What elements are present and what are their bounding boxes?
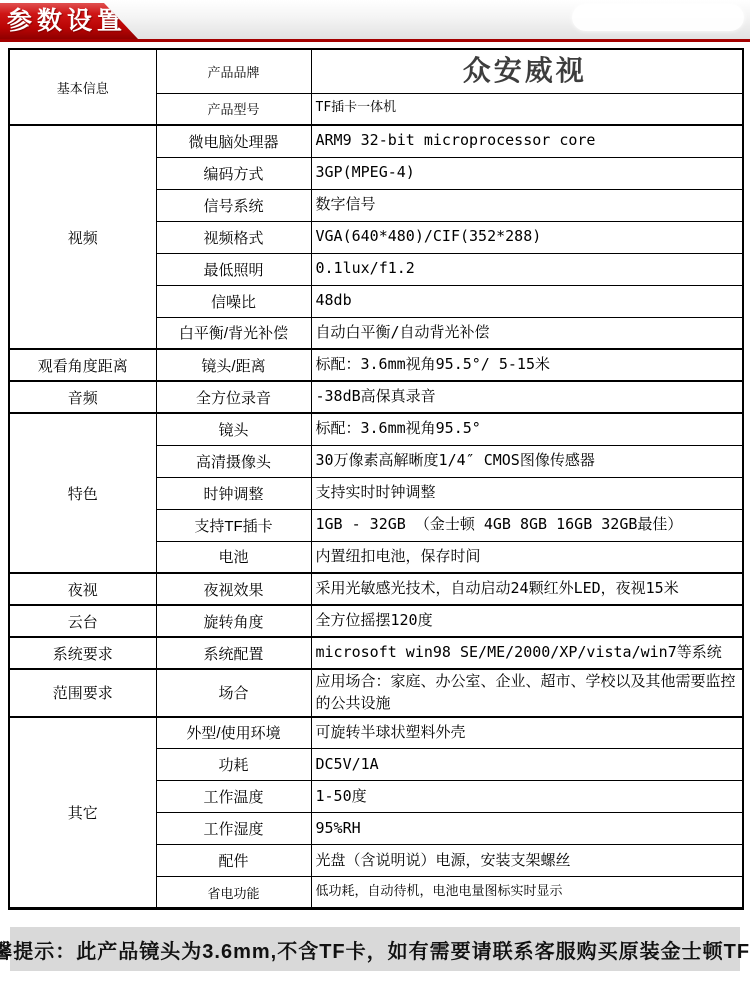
spec-param-cell: 配件 [156,845,311,877]
spec-row: 夜视夜视效果采用光敏感光技术，自动启动24颗红外LED，夜视15米 [9,573,743,605]
spec-param-cell: 产品型号 [156,93,311,125]
spec-param-cell: 省电功能 [156,877,311,909]
spec-param-cell: 高清摄像头 [156,445,311,477]
spec-category-cell: 音频 [9,381,156,413]
spec-param-cell: 外型/使用环境 [156,717,311,749]
spec-param-cell: 信噪比 [156,285,311,317]
spec-row: 特色镜头标配：3.6mm视角95.5° [9,413,743,445]
spec-param-cell: 系统配置 [156,637,311,669]
spec-value-cell: 3GP(MPEG-4) [311,157,743,189]
spec-table-container: 基本信息产品品牌众安威视产品型号TF插卡一体机视频微电脑处理器ARM9 32-b… [8,48,742,910]
spec-value-cell: 低功耗，自动待机，电池电量图标实时显示 [311,877,743,909]
spec-value-cell: 支持实时时钟调整 [311,477,743,509]
spec-param-cell: 场合 [156,669,311,717]
spec-param-cell: 支持TF插卡 [156,509,311,541]
header-highlight-shape [572,4,744,31]
spec-param-cell: 工作温度 [156,781,311,813]
spec-value-cell: ARM9 32-bit microprocessor core [311,125,743,157]
spec-param-cell: 信号系统 [156,189,311,221]
spec-row: 视频微电脑处理器ARM9 32-bit microprocessor core [9,125,743,157]
warm-tip-text: 温馨提示：此产品镜头为3.6mm,不含TF卡，如有需要请联系客服购买原装金士顿T… [0,935,750,964]
spec-value-cell: 1-50度 [311,781,743,813]
spec-row: 音频全方位录音-38dB高保真录音 [9,381,743,413]
spec-row: 其它外型/使用环境可旋转半球状塑料外壳 [9,717,743,749]
spec-value-cell: 1GB - 32GB （金士顿 4GB 8GB 16GB 32GB最佳） [311,509,743,541]
spec-param-cell: 功耗 [156,749,311,781]
spec-param-cell: 镜头/距离 [156,349,311,381]
spec-param-cell: 全方位录音 [156,381,311,413]
spec-value-cell: 48db [311,285,743,317]
spec-row: 基本信息产品品牌众安威视 [9,49,743,93]
spec-param-cell: 电池 [156,541,311,573]
spec-param-cell: 镜头 [156,413,311,445]
spec-value-cell: 全方位摇摆120度 [311,605,743,637]
spec-value-cell: 95%RH [311,813,743,845]
spec-row: 观看角度距离镜头/距离标配：3.6mm视角95.5°/ 5-15米 [9,349,743,381]
spec-value-cell: 0.1lux/f1.2 [311,253,743,285]
spec-value-cell: 数字信号 [311,189,743,221]
spec-value-cell: 标配：3.6mm视角95.5°/ 5-15米 [311,349,743,381]
warm-tip-banner: 温馨提示：此产品镜头为3.6mm,不含TF卡，如有需要请联系客服购买原装金士顿T… [10,927,740,971]
spec-row: 系统要求系统配置microsoft win98 SE/ME/2000/XP/vi… [9,637,743,669]
spec-value-cell: 标配：3.6mm视角95.5° [311,413,743,445]
spec-value-cell: VGA(640*480)/CIF(352*288) [311,221,743,253]
page-header: 参数设置 [0,0,750,42]
spec-param-cell: 时钟调整 [156,477,311,509]
spec-value-cell: 光盘（含说明说）电源，安装支架螺丝 [311,845,743,877]
spec-value-cell: TF插卡一体机 [311,93,743,125]
section-title: 参数设置 [0,3,138,39]
spec-value-cell: 采用光敏感光技术，自动启动24颗红外LED，夜视15米 [311,573,743,605]
spec-value-cell: 众安威视 [311,49,743,93]
spec-param-cell: 白平衡/背光补偿 [156,317,311,349]
spec-value-cell: 30万像素高解晰度1/4″ CMOS图像传感器 [311,445,743,477]
spec-row: 云台旋转角度全方位摇摆120度 [9,605,743,637]
spec-value-cell: -38dB高保真录音 [311,381,743,413]
spec-category-cell: 视频 [9,125,156,349]
spec-param-cell: 产品品牌 [156,49,311,93]
spec-param-cell: 夜视效果 [156,573,311,605]
spec-param-cell: 微电脑处理器 [156,125,311,157]
spec-param-cell: 最低照明 [156,253,311,285]
spec-value-cell: 可旋转半球状塑料外壳 [311,717,743,749]
spec-param-cell: 旋转角度 [156,605,311,637]
spec-category-cell: 特色 [9,413,156,573]
spec-table-body: 基本信息产品品牌众安威视产品型号TF插卡一体机视频微电脑处理器ARM9 32-b… [9,49,743,909]
spec-category-cell: 夜视 [9,573,156,605]
spec-value-cell: microsoft win98 SE/ME/2000/XP/vista/win7… [311,637,743,669]
section-title-ribbon: 参数设置 [0,3,138,39]
spec-value-cell: DC5V/1A [311,749,743,781]
spec-category-cell: 云台 [9,605,156,637]
spec-table: 基本信息产品品牌众安威视产品型号TF插卡一体机视频微电脑处理器ARM9 32-b… [8,48,744,910]
spec-value-cell: 自动白平衡/自动背光补偿 [311,317,743,349]
spec-category-cell: 观看角度距离 [9,349,156,381]
spec-row: 范围要求场合应用场合：家庭、办公室、企业、超市、学校以及其他需要监控的公共设施 [9,669,743,717]
spec-category-cell: 系统要求 [9,637,156,669]
spec-value-cell: 应用场合：家庭、办公室、企业、超市、学校以及其他需要监控的公共设施 [311,669,743,717]
spec-param-cell: 编码方式 [156,157,311,189]
spec-value-cell: 内置纽扣电池，保存时间 [311,541,743,573]
spec-category-cell: 其它 [9,717,156,909]
spec-param-cell: 视频格式 [156,221,311,253]
spec-category-cell: 基本信息 [9,49,156,125]
spec-category-cell: 范围要求 [9,669,156,717]
spec-param-cell: 工作湿度 [156,813,311,845]
